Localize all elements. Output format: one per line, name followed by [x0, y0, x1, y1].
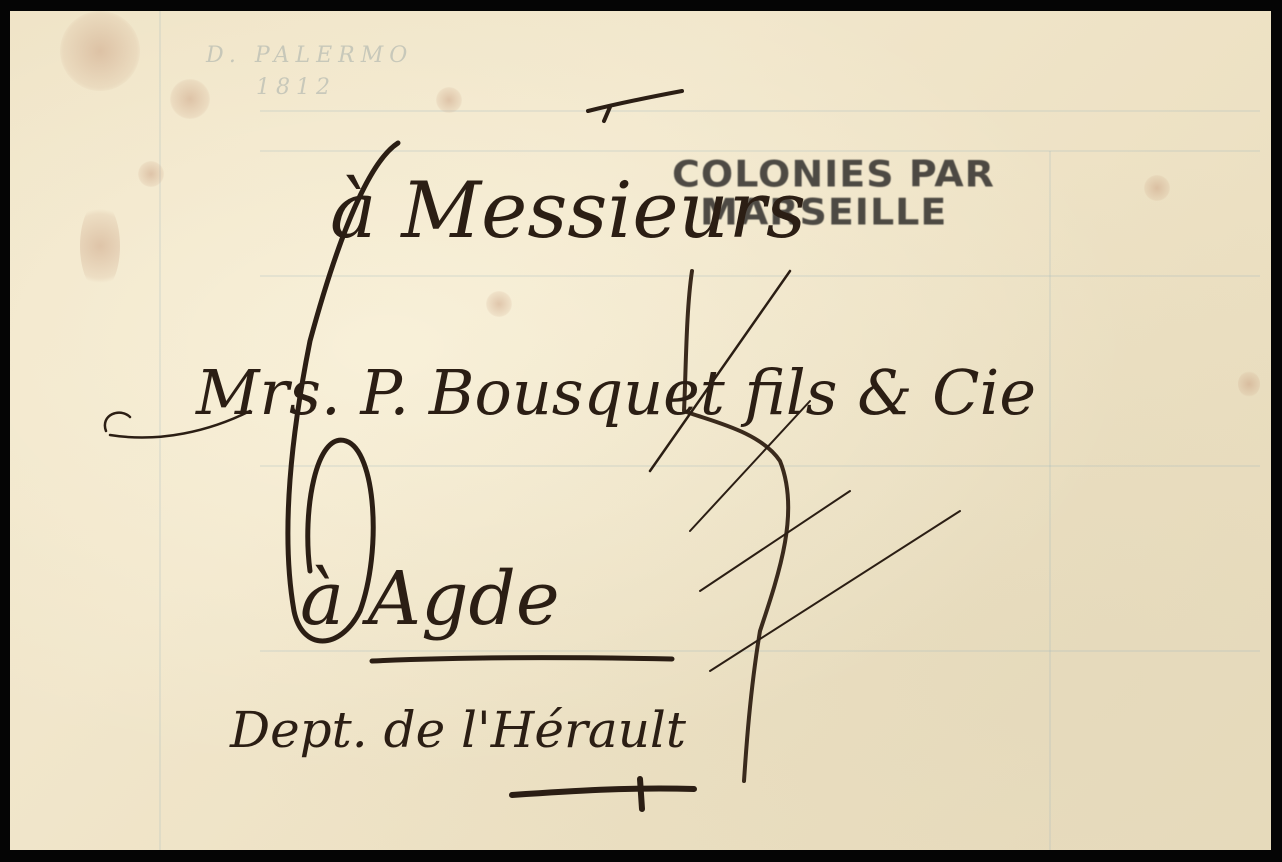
- address-line-town: à Agde: [300, 556, 560, 642]
- address-line-salutation: à Messieurs: [330, 166, 806, 256]
- address-line-addressee: Mrs. P. Bousquet fils & Cie: [196, 356, 1036, 429]
- address-line-department: Dept. de l'Hérault: [230, 701, 686, 759]
- letter-paper: D. PALERMO 1812 COLONIES PAR MARSEILLE à…: [10, 11, 1271, 850]
